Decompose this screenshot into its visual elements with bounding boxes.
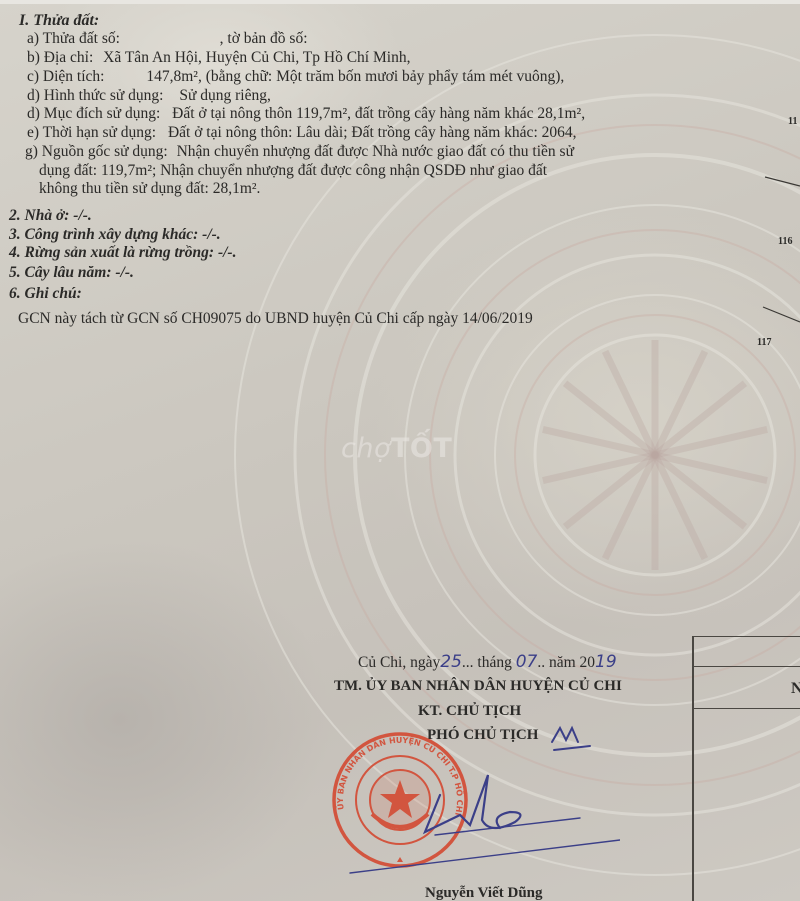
official-red-stamp-icon: ỦY BAN NHÂN DÂN HUYỆN CỦ CHI T.P HỒ CHÍ …	[333, 734, 467, 866]
section-3-other-construction: 3. Công trình xây dựng khác: -/-.	[9, 226, 221, 244]
address-value: Xã Tân An Hội, Huyện Củ Chi, Tp Hồ Chí M…	[103, 49, 410, 66]
month-label: tháng	[477, 654, 511, 671]
usage-term-value: Đất ở tại nông thôn: Lâu dài; Đất trồng …	[168, 124, 577, 141]
section-4-value: -/-.	[218, 244, 237, 261]
section-6-notes-title: 6. Ghi chú:	[9, 285, 82, 303]
issuing-authority: TM. ỦY BAN NHÂN DÂN HUYỆN CỦ CHI	[334, 677, 622, 695]
area-label: c) Diện tích:	[27, 68, 104, 85]
section-4-title: 4. Rừng sản xuất là rừng trồng:	[9, 244, 214, 261]
address-row: b) Địa chỉ: Xã Tân An Hội, Huyện Củ Chi,…	[27, 49, 410, 67]
section-2-value: -/-.	[73, 207, 92, 224]
table-vertical-line	[692, 636, 694, 901]
stamp-and-signature: ỦY BAN NHÂN DÂN HUYỆN CỦ CHI T.P HỒ CHÍ …	[320, 720, 620, 901]
section-3-value: -/-.	[202, 226, 221, 243]
section-2-housing: 2. Nhà ở: -/-.	[9, 207, 92, 225]
margin-number-c: 117	[757, 337, 771, 348]
date-month: 07	[516, 652, 538, 672]
usage-form-value: Sử dụng riêng,	[179, 87, 271, 104]
section-3-title: 3. Công trình xây dựng khác:	[9, 226, 198, 243]
usage-form-label: d) Hình thức sử dụng:	[27, 87, 164, 104]
origin-continuation-2: không thu tiền sử dụng đất: 28,1m².	[39, 180, 260, 198]
usage-term-label: e) Thời hạn sử dụng:	[27, 124, 156, 141]
table-line-top	[692, 636, 800, 637]
parcel-number-row: a) Thửa đất số: , tờ bản đồ số:	[27, 30, 308, 48]
origin-continuation-1: dụng đất: 119,7m²; Nhận chuyển nhượng đấ…	[39, 162, 547, 180]
section-5-title: 5. Cây lâu năm:	[9, 264, 111, 281]
area-value: 147,8m², (bằng chữ: Một trăm bốn mươi bả…	[146, 68, 564, 85]
usage-term-row: e) Thời hạn sử dụng: Đất ở tại nông thôn…	[27, 124, 577, 142]
section-4-planted-forest: 4. Rừng sản xuất là rừng trồng: -/-.	[9, 244, 236, 262]
map-sheet-label: , tờ bản đồ số:	[220, 30, 308, 47]
table-line-bottom	[692, 708, 800, 709]
area-row: c) Diện tích: 147,8m², (bằng chữ: Một tr…	[27, 68, 564, 86]
usage-form-row: d) Hình thức sử dụng: Sử dụng riêng,	[27, 87, 271, 105]
chotot-watermark: chợTỐT	[341, 433, 452, 464]
watermark-left: chợ	[341, 433, 391, 464]
watermark-right: TỐT	[391, 433, 452, 464]
section-2-title: 2. Nhà ở:	[9, 207, 69, 224]
section-5-value: -/-.	[115, 264, 134, 281]
parcel-number-label: a) Thửa đất số:	[27, 30, 120, 47]
date-day: 25	[440, 652, 462, 672]
section-1-title: I. Thửa đất:	[19, 12, 99, 30]
margin-number-b: 116	[778, 236, 792, 247]
usage-purpose-row: d) Mục đích sử dụng: Đất ở tại nông thôn…	[27, 105, 585, 123]
place-date-prefix: Củ Chi, ngày	[358, 654, 440, 671]
notes-text: GCN này tách từ GCN số CH09075 do UBND h…	[18, 310, 533, 328]
margin-number-a: 11	[788, 116, 797, 127]
origin-row: g) Nguồn gốc sử dụng: Nhận chuyển nhượng…	[25, 143, 574, 161]
origin-value: Nhận chuyển nhượng đất được Nhà nước gia…	[177, 143, 574, 160]
table-cell-letter: N	[791, 680, 800, 698]
table-line-mid	[692, 666, 800, 667]
year-label: năm 20	[549, 654, 595, 671]
usage-purpose-value: Đất ở tại nông thôn 119,7m², đất trồng c…	[172, 105, 585, 122]
address-label: b) Địa chỉ:	[27, 49, 93, 66]
date-year: 19	[595, 652, 617, 672]
place-date-line: Củ Chi, ngày25... tháng 07.. năm 2019	[358, 653, 617, 672]
section-5-perennial-trees: 5. Cây lâu năm: -/-.	[9, 264, 134, 282]
role-chairman: KT. CHỦ TỊCH	[418, 702, 521, 720]
origin-label: g) Nguồn gốc sử dụng:	[25, 143, 168, 160]
usage-purpose-label: d) Mục đích sử dụng:	[27, 105, 160, 122]
